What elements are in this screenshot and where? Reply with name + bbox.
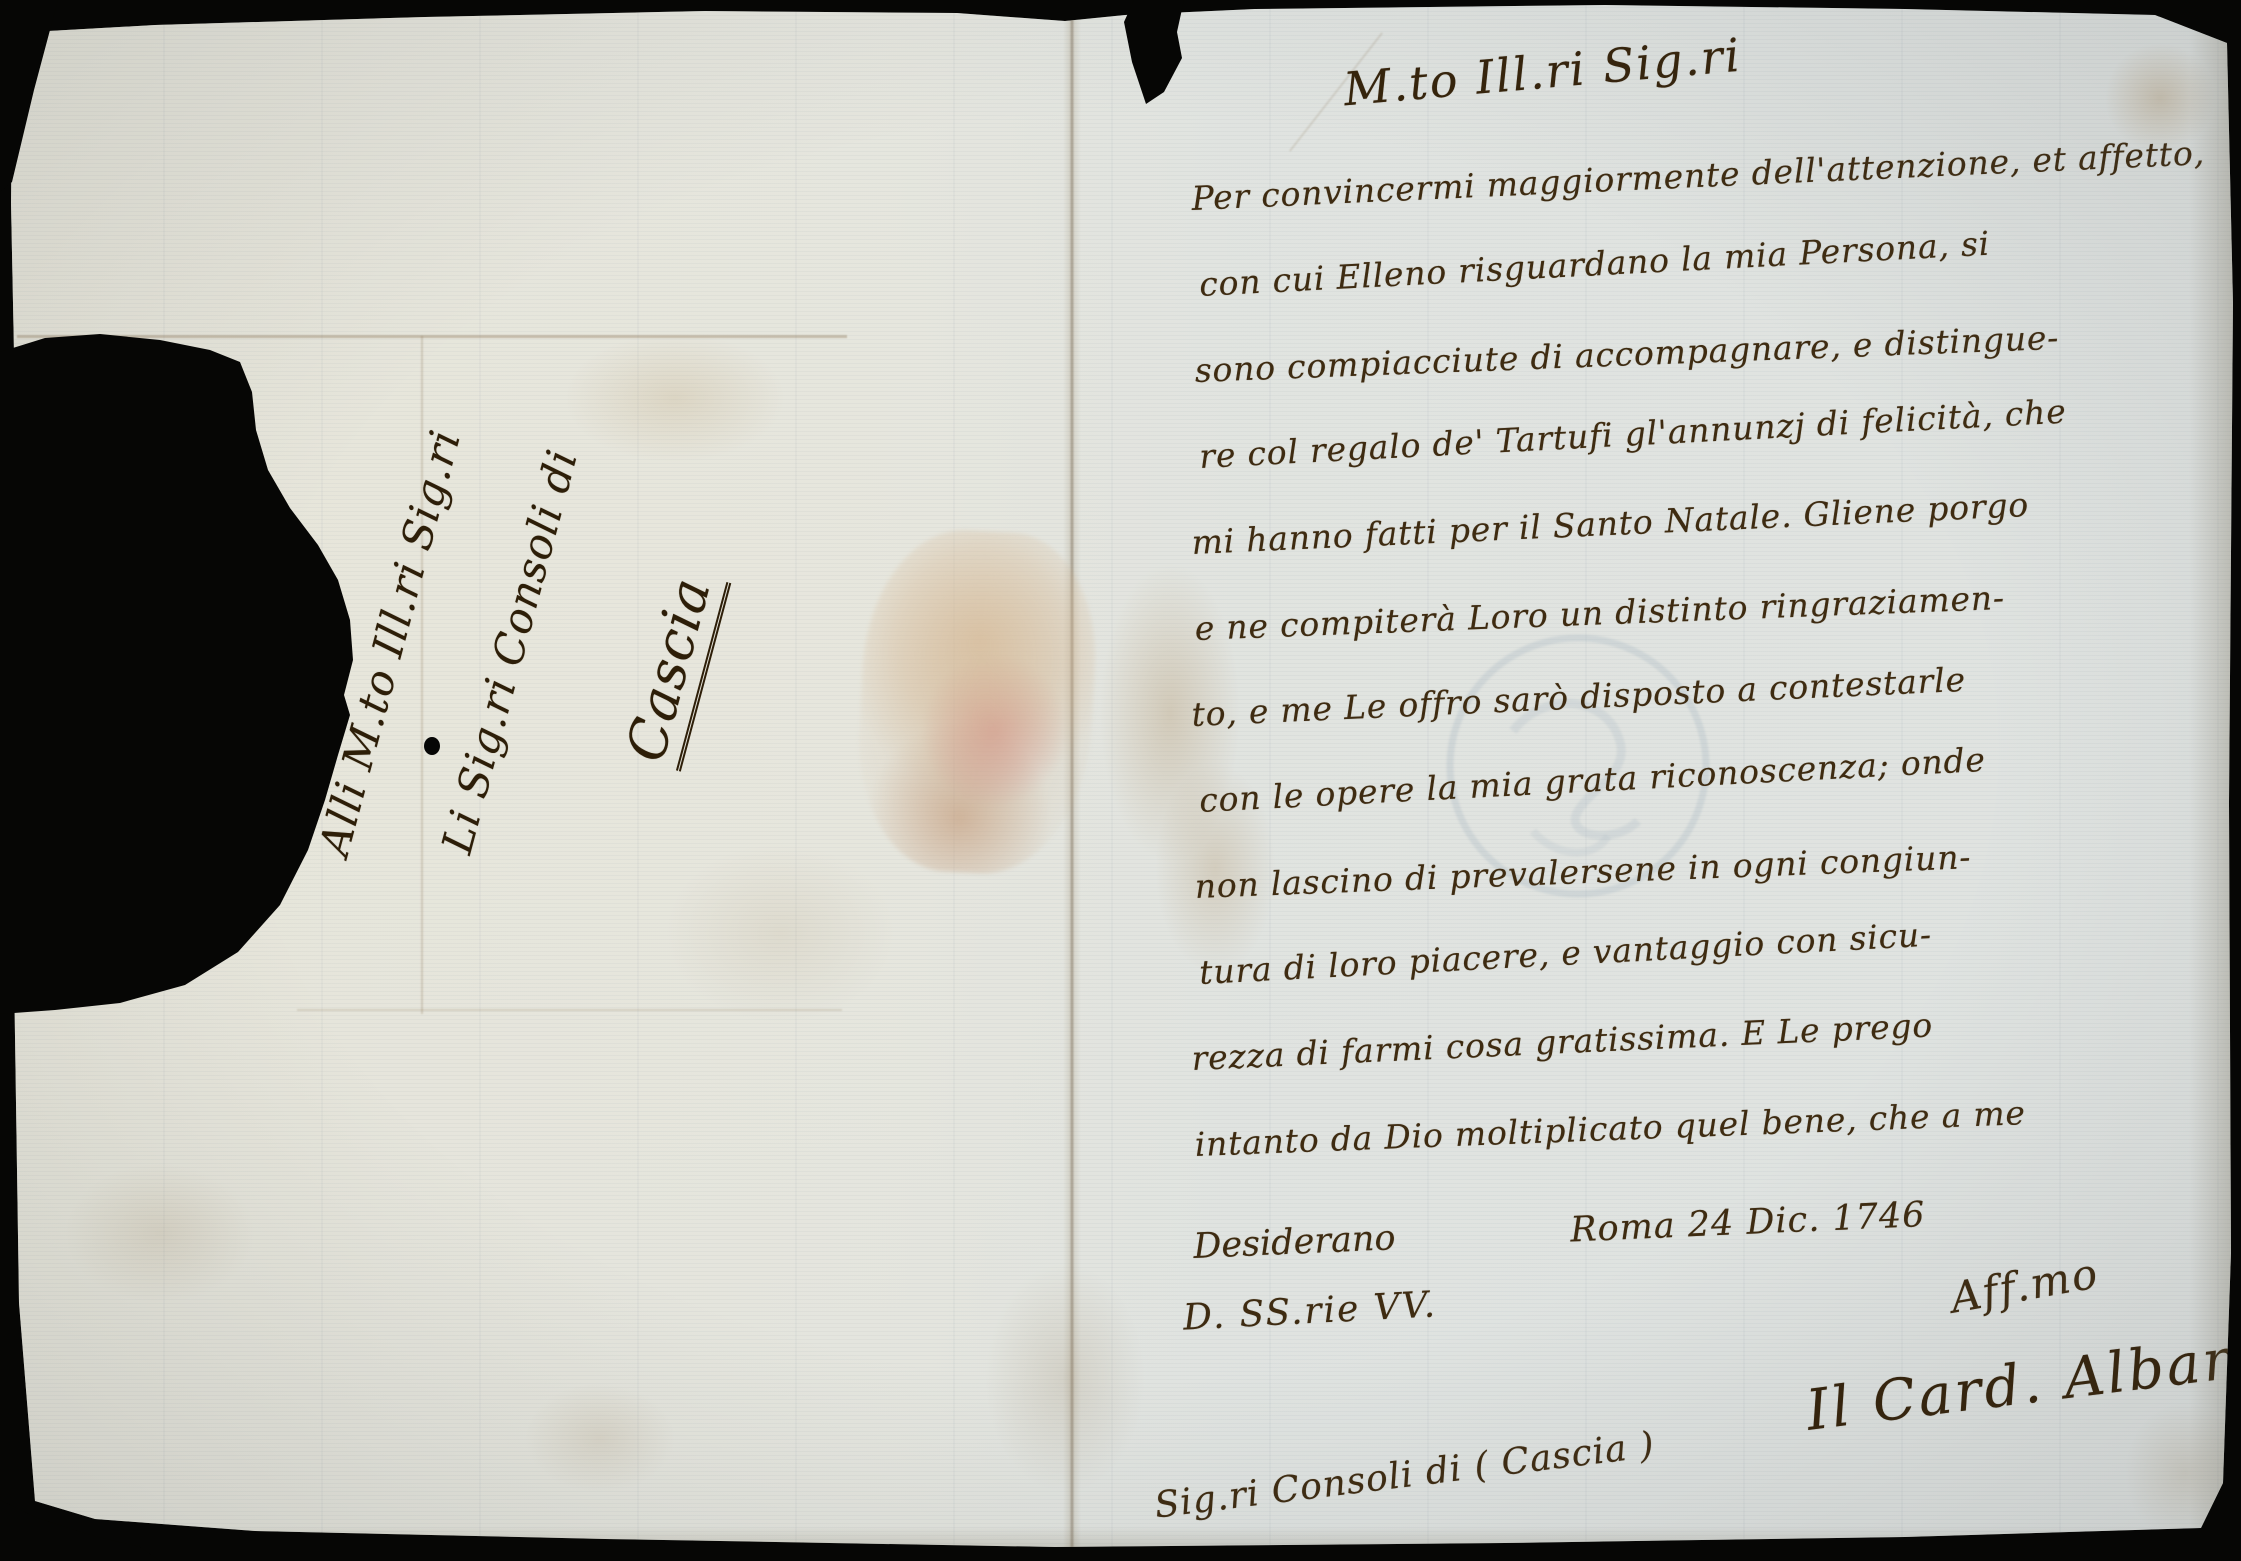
address-line-3: Cascia [543, 476, 773, 941]
stain [2105, 43, 2215, 153]
valediction-abbreviation: D. SS.rie VV. [1182, 1284, 1438, 1338]
stain [1155, 763, 1275, 973]
body-line: mi hanno fatti per il Santo Natale. Glie… [1191, 476, 2234, 609]
dateline-word: Desiderano [1192, 1218, 1396, 1267]
body-line: con cui Elleno risguardano la mia Person… [1198, 211, 2233, 351]
closing-formula: Aff.mo [1947, 1248, 2103, 1322]
stain [665, 843, 895, 1023]
wax-seal-remnant [852, 525, 1102, 879]
place-and-date: Roma 24 Dic. 1746 [1569, 1195, 1926, 1250]
body-line: intanto da Dio moltiplicato quel bene, c… [1194, 1085, 2234, 1211]
center-fold-crease [1063, 7, 1081, 1557]
address-block: Alli M.to Ill.ri Sig.ri Li Sig.ri Consol… [277, 405, 774, 941]
horizontal-crease [17, 335, 847, 338]
seal-ghost-bleedthrough [1433, 621, 1723, 911]
salutation: M.to Ill.ri Sig.ri [1341, 28, 1743, 117]
diagonal-crease [1289, 32, 1383, 151]
paper-edge-shadow-bottom [5, 1526, 2235, 1556]
stain [565, 333, 785, 463]
signature: Il Card. Albani [1803, 1323, 2241, 1443]
address-line-2: Li Sig.ri Consoli di [390, 435, 620, 900]
vertical-crease [421, 336, 423, 1014]
letter-sheet: Alli M.to Ill.ri Sig.ri Li Sig.ri Consol… [5, 3, 2235, 1556]
paper-edge-shadow-right [2189, 3, 2235, 1556]
stain [985, 1263, 1145, 1493]
dateline: Desiderano Roma 24 Dic. 1746 [1192, 1195, 1926, 1267]
letter-body: Per convincermi maggiormente dell'attenz… [1193, 179, 2233, 1211]
body-line: e ne compiterà Loro un distinto ringrazi… [1194, 569, 2234, 695]
body-line: sono compiacciute di accompagnare, e dis… [1194, 311, 2234, 437]
stain [1100, 563, 1240, 863]
stain [65, 1163, 255, 1303]
small-hole [424, 737, 440, 755]
body-line: con le opere la mia grata riconoscenza; … [1198, 727, 2233, 867]
body-line: to, e me Le offro sarò disposto a contes… [1191, 648, 2234, 781]
body-line: rezza di farmi cosa gratissima. E Le pre… [1191, 992, 2234, 1125]
body-line: tura di loro piacere, e vantaggio con si… [1198, 899, 2233, 1039]
address-destination: Cascia [613, 565, 731, 771]
stain [2125, 1403, 2241, 1543]
body-line: non lascino di prevalersene in ogni cong… [1194, 827, 2234, 953]
body-line: re col regalo de' Tartufi gl'annunzj di … [1198, 383, 2233, 523]
stain [525, 1383, 675, 1493]
body-line: Per convincermi maggiormente dell'attenz… [1191, 132, 2234, 265]
scanned-manuscript-letter: Alli M.to Ill.ri Sig.ri Li Sig.ri Consol… [0, 0, 2241, 1561]
seal-ghost-drawing [1433, 621, 1723, 911]
horizontal-crease [297, 1009, 842, 1011]
archival-footnote: Sig.ri Consoli di ( Cascia ) [1152, 1424, 1657, 1526]
